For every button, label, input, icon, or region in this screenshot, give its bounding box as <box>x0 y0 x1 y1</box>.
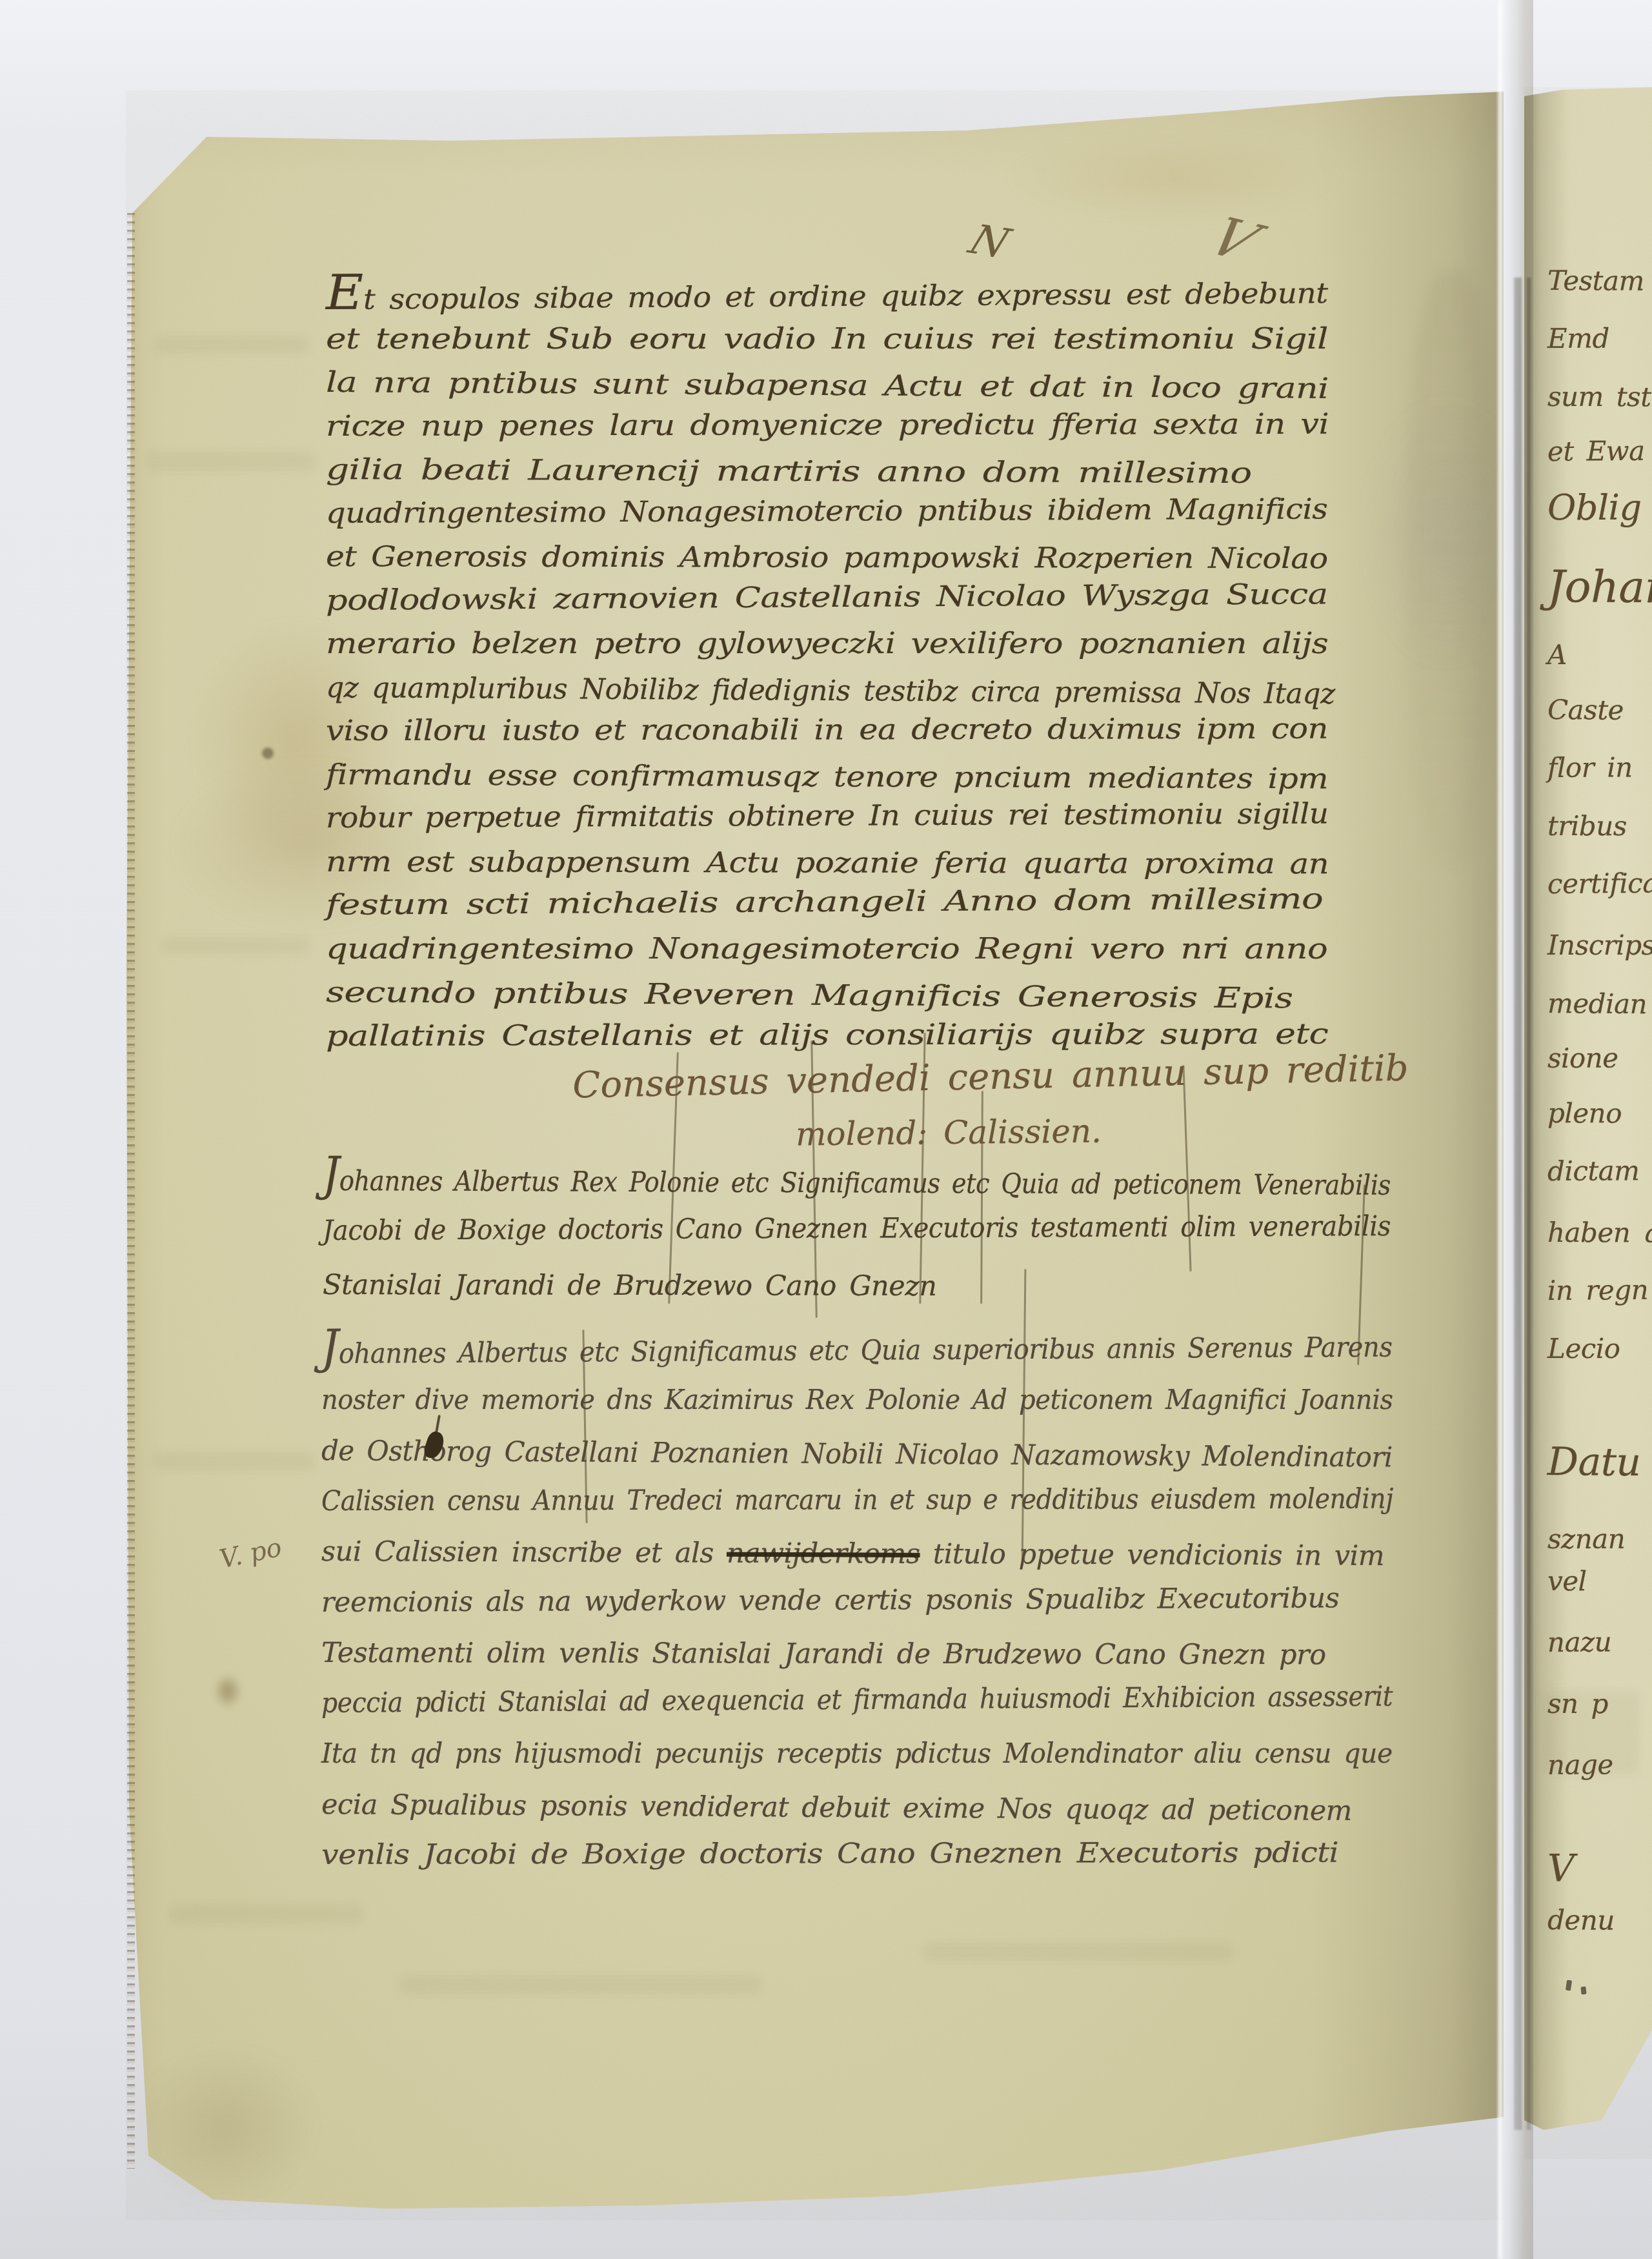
manuscript-page <box>126 90 1504 2220</box>
rubric-heading-line2: molend: Calissien. <box>796 1113 1102 1153</box>
facing-page-sliver <box>1524 87 1652 2159</box>
page-edge-speckle <box>127 213 135 2169</box>
ink-speck <box>1580 1987 1586 1995</box>
plexi-highlight <box>1498 0 1502 2259</box>
manuscript-photo: Et scopulos sibae modo et ordine quibz e… <box>0 0 1652 2259</box>
